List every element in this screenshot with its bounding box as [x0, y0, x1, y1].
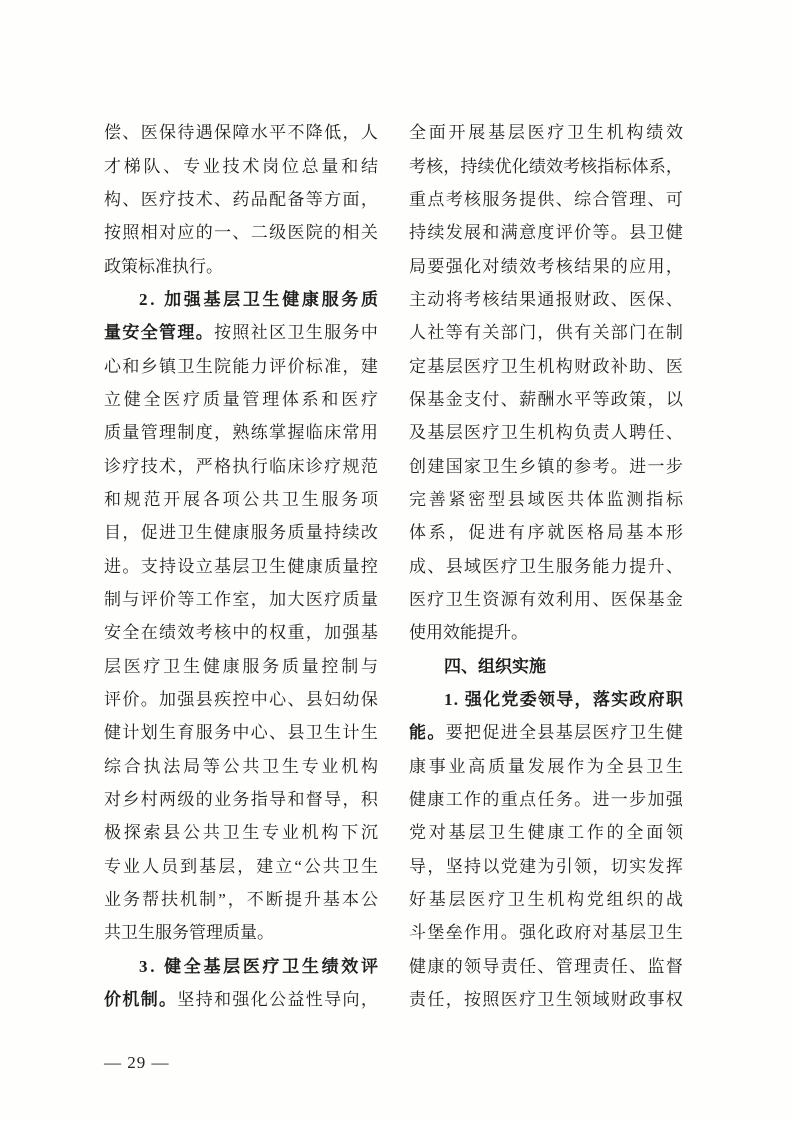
text-line: 使用效能提升。: [409, 616, 683, 649]
text-line: 立健全医疗质量管理体系和医疗: [104, 383, 378, 416]
document-page: 偿、医保待遇保障水平不降低，人才梯队、专业技术岗位总量和结构、医疗技术、药品配备…: [0, 0, 793, 1122]
text-line: 才梯队、专业技术岗位总量和结: [104, 149, 378, 182]
text-line: 按照相对应的一、二级医院的相关: [104, 216, 378, 249]
text-line: 目，促进卫生健康服务质量持续改: [104, 516, 378, 549]
text-line: 斗堡垒作用。强化政府对基层卫生: [409, 916, 683, 949]
text-line: 共卫生服务管理质量。: [104, 916, 378, 949]
text-line: 及基层医疗卫生机构负责人聘任、: [409, 416, 683, 449]
text-line: 人社等有关部门，供有关部门在制: [409, 316, 683, 349]
text-line: 四、组织实施: [409, 650, 683, 683]
text-line: 构、医疗技术、药品配备等方面，: [104, 183, 378, 216]
text-column-left: 偿、医保待遇保障水平不降低，人才梯队、专业技术岗位总量和结构、医疗技术、药品配备…: [104, 116, 378, 1016]
text-line: 进。支持设立基层卫生健康质量控: [104, 549, 378, 582]
text-line: 健康的领导责任、管理责任、监督: [409, 950, 683, 983]
text-line: 诊疗技术，严格执行临床诊疗规范: [104, 449, 378, 482]
text-line: 量安全管理。按照社区卫生服务中: [104, 316, 378, 349]
text-line: 评价。加强县疾控中心、县妇幼保: [104, 683, 378, 716]
page-number: — 29 —: [104, 1051, 170, 1075]
text-line: 安全在绩效考核中的权重，加强基: [104, 616, 378, 649]
text-line: 业务帮扶机制”，不断提升基本公: [104, 883, 378, 916]
text-line: 偿、医保待遇保障水平不降低，人: [104, 116, 378, 149]
text-line: 1. 强化党委领导，落实政府职: [409, 683, 683, 716]
text-line: 能。要把促进全县基层医疗卫生健: [409, 716, 683, 749]
text-line: 和规范开展各项公共卫生服务项: [104, 483, 378, 516]
text-line: 好基层医疗卫生机构党组织的战: [409, 883, 683, 916]
text-line: 体系，促进有序就医格局基本形: [409, 516, 683, 549]
text-line: 保基金支付、薪酬水平等政策，以: [409, 383, 683, 416]
text-line: 健康工作的重点任务。进一步加强: [409, 783, 683, 816]
text-line: 医疗卫生资源有效利用、医保基金: [409, 583, 683, 616]
text-line: 重点考核服务提供、综合管理、可: [409, 183, 683, 216]
text-line: 成、县域医疗卫生服务能力提升、: [409, 549, 683, 582]
text-line: 2. 加强基层卫生健康服务质: [104, 283, 378, 316]
text-line: 价机制。坚持和强化公益性导向，: [104, 983, 378, 1016]
text-line: 质量管理制度，熟练掌握临床常用: [104, 416, 378, 449]
text-line: 导，坚持以党建为引领，切实发挥: [409, 850, 683, 883]
text-line: 层医疗卫生健康服务质量控制与: [104, 650, 378, 683]
text-line: 责任，按照医疗卫生领域财政事权: [409, 983, 683, 1016]
text-line: 持续发展和满意度评价等。县卫健: [409, 216, 683, 249]
text-line: 局要强化对绩效考核结果的应用，: [409, 249, 683, 282]
text-line: 党对基层卫生健康工作的全面领: [409, 816, 683, 849]
text-column-right: 全面开展基层医疗卫生机构绩效考核，持续优化绩效考核指标体系，重点考核服务提供、综…: [409, 116, 683, 1016]
text-line: 3. 健全基层医疗卫生绩效评: [104, 950, 378, 983]
text-line: 考核，持续优化绩效考核指标体系，: [409, 149, 683, 182]
text-line: 对乡村两级的业务指导和督导，积: [104, 783, 378, 816]
text-line: 极探索县公共卫生专业机构下沉: [104, 816, 378, 849]
text-line: 完善紧密型县域医共体监测指标: [409, 483, 683, 516]
text-line: 康事业高质量发展作为全县卫生: [409, 750, 683, 783]
text-line: 健计划生育服务中心、县卫生计生: [104, 716, 378, 749]
text-line: 定基层医疗卫生机构财政补助、医: [409, 349, 683, 382]
text-line: 政策标准执行。: [104, 249, 378, 282]
text-line: 创建国家卫生乡镇的参考。进一步: [409, 449, 683, 482]
text-line: 综合执法局等公共卫生专业机构: [104, 750, 378, 783]
text-line: 全面开展基层医疗卫生机构绩效: [409, 116, 683, 149]
text-line: 心和乡镇卫生院能力评价标准，建: [104, 349, 378, 382]
text-line: 专业人员到基层，建立“公共卫生: [104, 850, 378, 883]
text-line: 制与评价等工作室，加大医疗质量: [104, 583, 378, 616]
text-line: 主动将考核结果通报财政、医保、: [409, 283, 683, 316]
